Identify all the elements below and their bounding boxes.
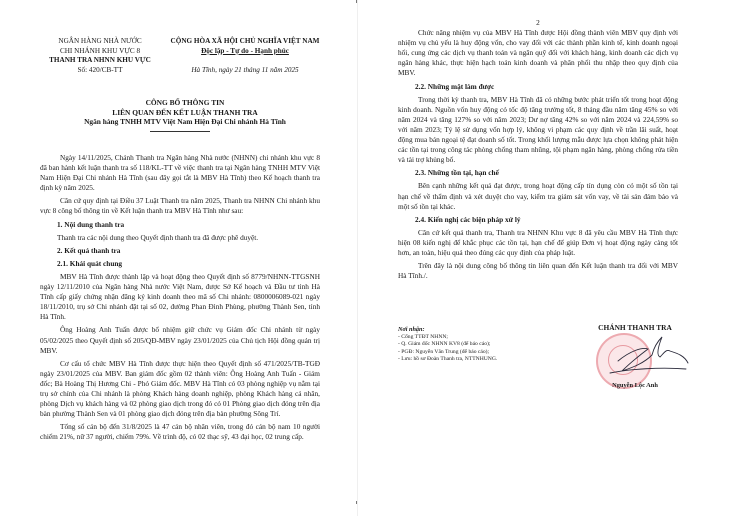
document-date: Hà Tĩnh, ngày 21 tháng 11 năm 2025: [165, 66, 325, 74]
title-line-3: Ngân hàng TNHH MTV Việt Nam Hiện Đại Chi…: [40, 117, 330, 127]
paragraph: Ông Hoàng Anh Tuấn được bổ nhiệm giữ chứ…: [40, 325, 320, 355]
national-motto: Độc lập - Tự do - Hạnh phúc: [165, 47, 325, 57]
title-underline: [150, 131, 210, 132]
recipient-item: - Lưu: hồ sơ Đoàn Thanh tra, NTTNHUNG.: [398, 356, 538, 364]
document-title: CÔNG BỐ THÔNG TIN LIÊN QUAN ĐẾN KẾT LUẬN…: [40, 98, 330, 127]
page-2-body: 2 Chức năng nhiệm vụ của MBV Hà Tĩnh đượ…: [398, 18, 678, 284]
paragraph: Trên đây là nội dung công bố thông tin l…: [398, 261, 678, 281]
paragraph: Ngày 14/11/2025, Chánh Thanh tra Ngân hà…: [40, 153, 320, 193]
section-heading: 2. Kết quả thanh tra: [40, 246, 320, 256]
subsection-heading: 2.3. Những tồn tại, hạn chế: [398, 168, 678, 178]
paragraph: Căn cứ quy định tại Điều 37 Luật Thanh t…: [40, 196, 320, 216]
country-name: CỘNG HÒA XÃ HỘI CHỦ NGHĨA VIỆT NAM: [165, 37, 325, 47]
agency-line-1: NGÂN HÀNG NHÀ NƯỚC: [40, 37, 160, 47]
recipient-item: - Q. Giám đốc NHNN KV8 (để báo cáo);: [398, 341, 538, 349]
paragraph: Thanh tra các nội dung theo Quyết định t…: [40, 233, 320, 243]
subsection-heading: 2.4. Kiến nghị các biện pháp xử lý: [398, 215, 678, 225]
page-1-body: Ngày 14/11/2025, Chánh Thanh tra Ngân hà…: [40, 153, 320, 445]
title-line-2: LIÊN QUAN ĐẾN KẾT LUẬN THANH TRA: [40, 108, 330, 118]
recipients-list: Nơi nhận: - Cổng TTĐT NHNN; - Q. Giám đố…: [398, 326, 538, 364]
paragraph: Căn cứ kết quả thanh tra, Thanh tra NHNN…: [398, 228, 678, 258]
agency-line-3: THANH TRA NHNN KHU VỰC: [40, 56, 160, 66]
handwritten-signature-icon: [600, 333, 690, 381]
paragraph: Chức năng nhiệm vụ của MBV Hà Tĩnh được …: [398, 28, 678, 78]
title-line-1: CÔNG BỐ THÔNG TIN: [40, 98, 330, 108]
paragraph: MBV Hà Tĩnh được thành lập và hoạt động …: [40, 272, 320, 322]
document-page-1: NGÂN HÀNG NHÀ NƯỚC CHI NHÁNH KHU VỰC 8 T…: [0, 0, 358, 516]
recipients-label: Nơi nhận:: [398, 326, 538, 334]
signer-name: Nguyễn Lộc Anh: [580, 382, 690, 389]
subsection-heading: 2.2. Những mặt làm được: [398, 82, 678, 92]
paragraph: Cơ cấu tổ chức MBV Hà Tĩnh được thực hiệ…: [40, 359, 320, 420]
signer-role: CHÁNH THANH TRA: [580, 323, 690, 332]
document-number: Số: 420/CB-TT: [40, 66, 160, 76]
subsection-heading: 2.1. Khái quát chung: [40, 259, 320, 269]
signature-block: CHÁNH THANH TRA Nguyễn Lộc Anh: [580, 323, 690, 332]
agency-line-2: CHI NHÁNH KHU VỰC 8: [40, 47, 160, 57]
paragraph: Bên cạnh những kết quả đạt được, trong h…: [398, 181, 678, 211]
paragraph: Tổng số cán bộ đến 31/8/2025 là 47 cán b…: [40, 422, 320, 442]
document-page-2: 2 Chức năng nhiệm vụ của MBV Hà Tĩnh đượ…: [358, 0, 742, 516]
issuing-agency-header: NGÂN HÀNG NHÀ NƯỚC CHI NHÁNH KHU VỰC 8 T…: [40, 37, 160, 75]
section-heading: 1. Nội dung thanh tra: [40, 220, 320, 230]
national-header: CỘNG HÒA XÃ HỘI CHỦ NGHĨA VIỆT NAM Độc l…: [165, 37, 325, 56]
paragraph: Trong thời kỳ thanh tra, MBV Hà Tĩnh đã …: [398, 95, 678, 166]
page-number: 2: [398, 18, 678, 28]
